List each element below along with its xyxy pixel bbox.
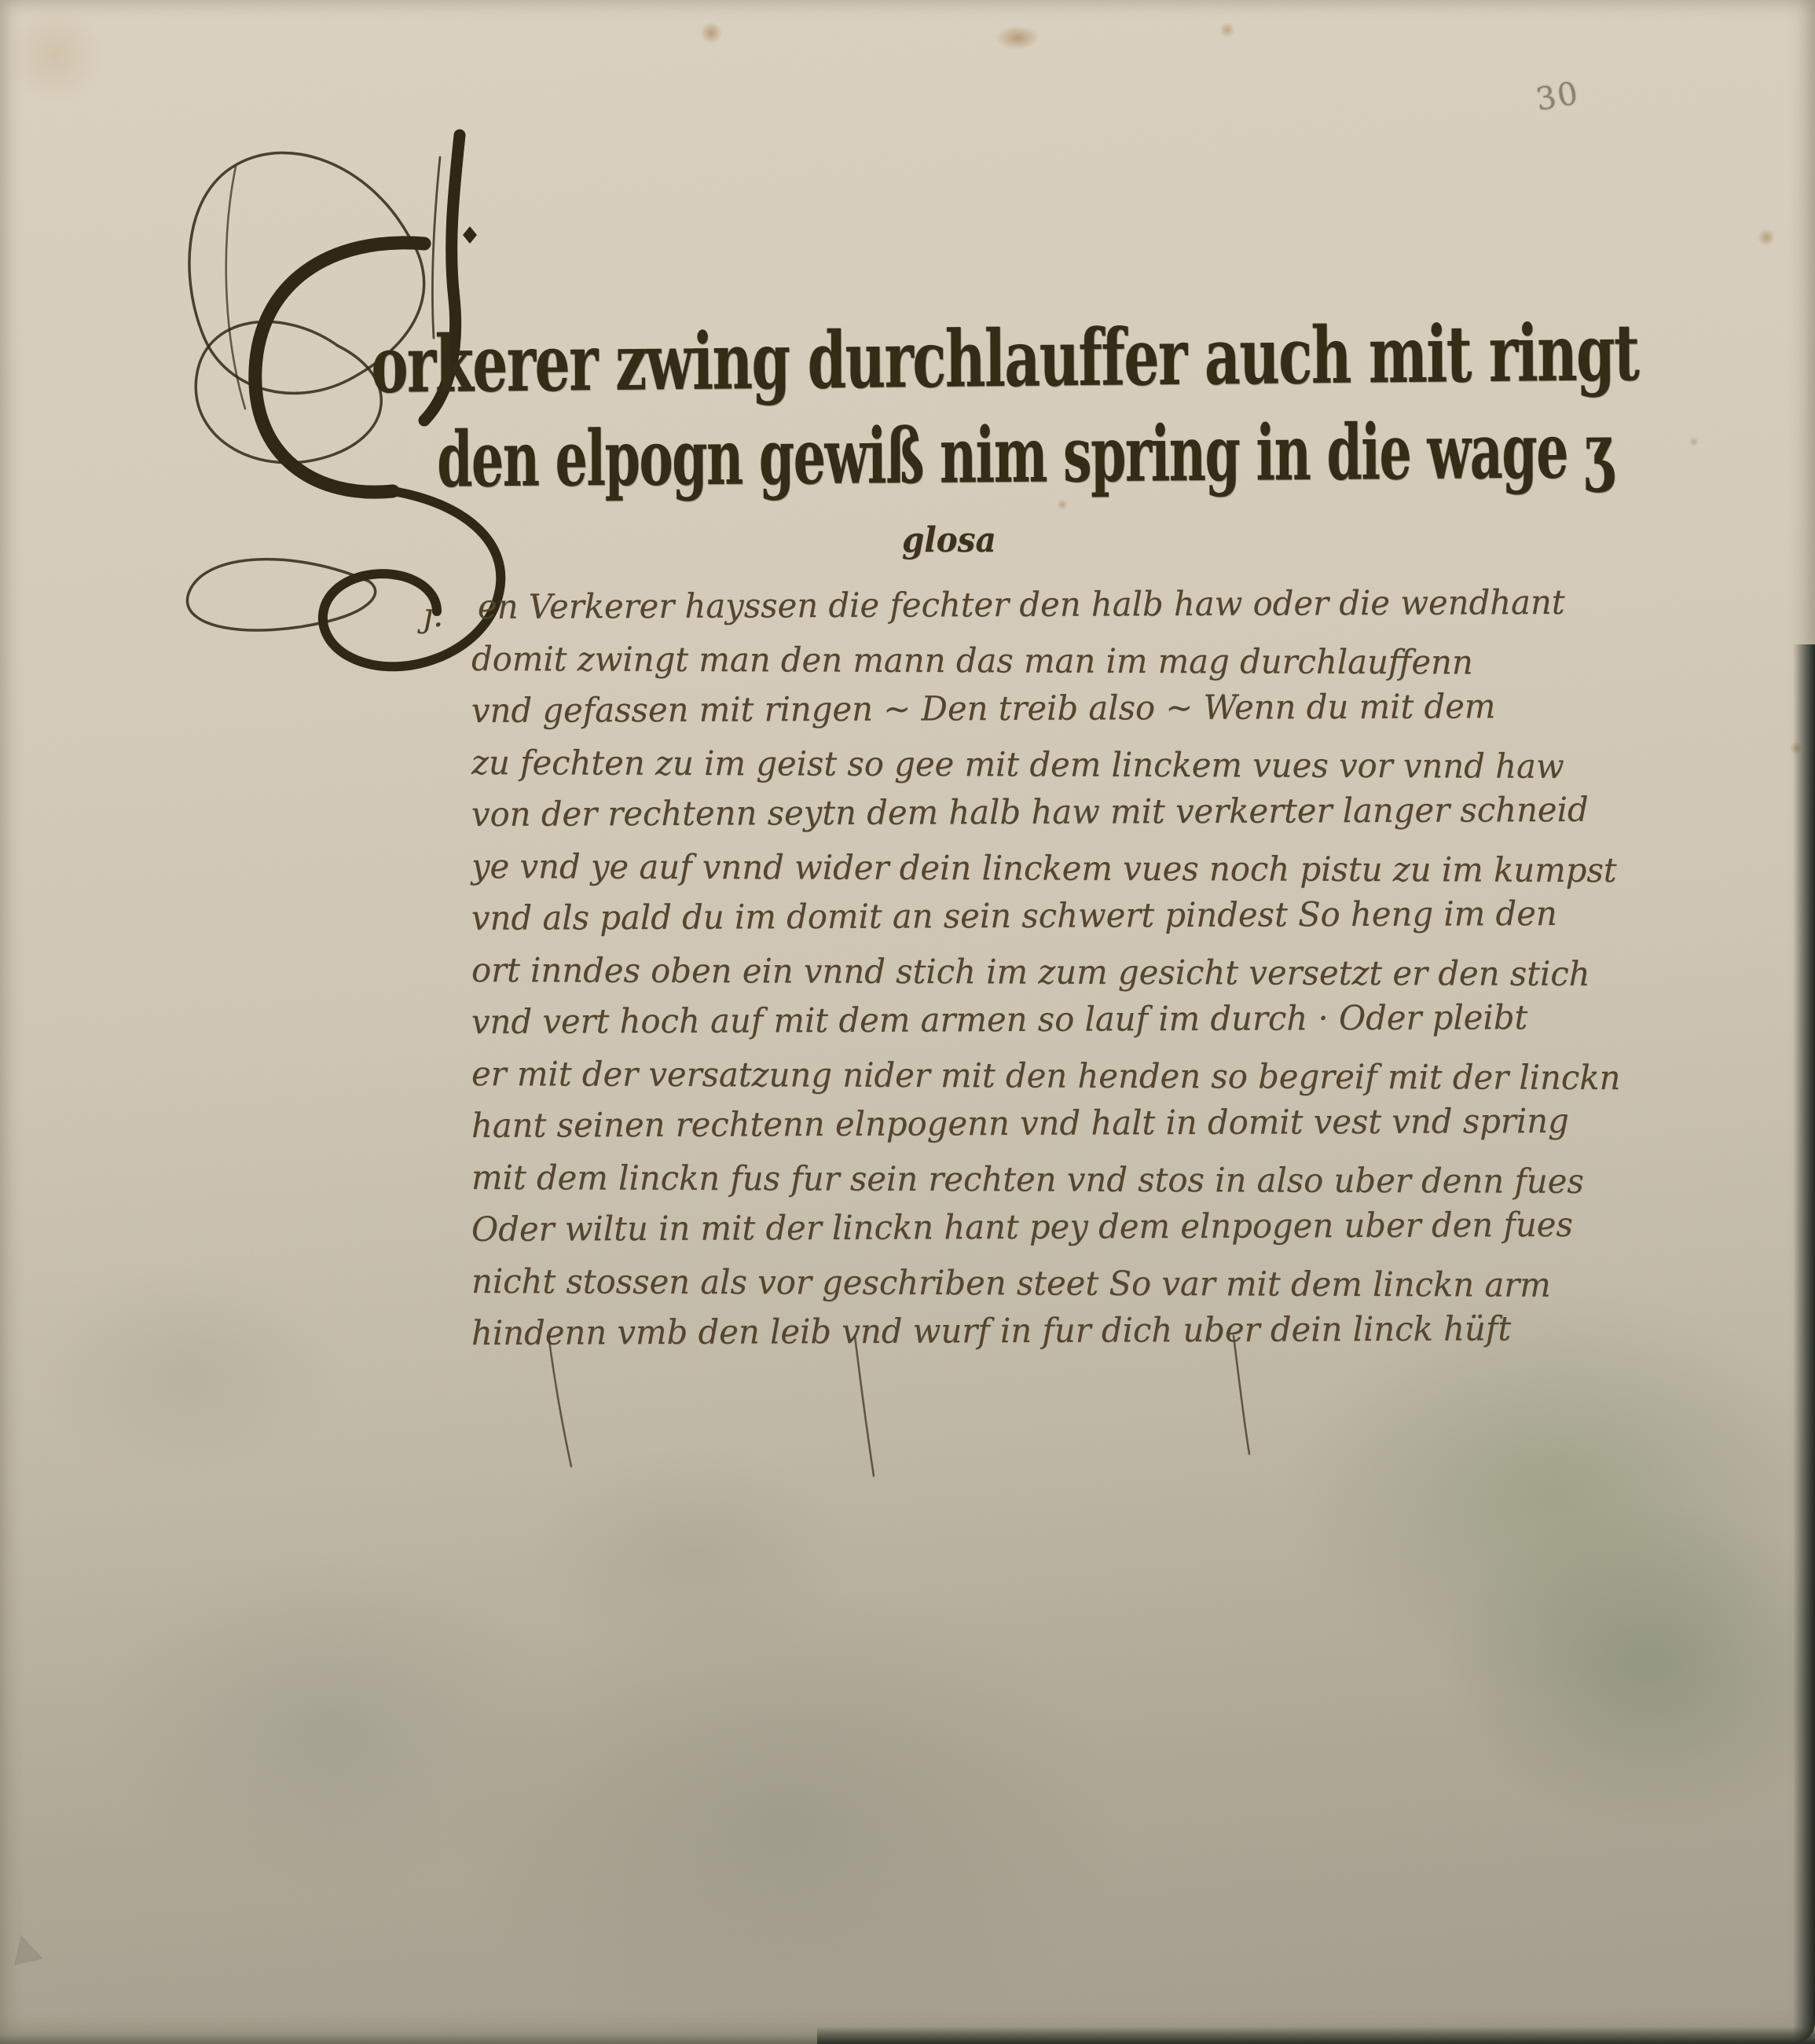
folio-number: 30 (1533, 75, 1582, 119)
gloss-line: en Verkerer hayssen die fechter den halb… (478, 577, 1539, 633)
heading-line-2: den elpogn gewiß nim spring in die wage … (437, 405, 1612, 505)
page-edge-bottom (817, 2027, 1815, 2044)
gloss-line: vnd vert hoch auf mit dem armen so lauf … (471, 992, 1538, 1048)
heading-line-1: orkerer zwing durchlauffer auch mit ring… (371, 306, 1639, 410)
gloss-line: Oder wiltu in mit der linckn hant pey de… (471, 1199, 1538, 1256)
gloss-line: hant seinen rechtenn elnpogenn vnd halt … (471, 1095, 1538, 1152)
page-edge-right (1793, 644, 1815, 2044)
page-edge-bottom-left (0, 2035, 817, 2044)
gloss-line: vnd gefassen mit ringen ~ Den treib also… (471, 681, 1538, 737)
gloss-text-block: en Verkerer hayssen die fechter den halb… (471, 582, 1571, 1360)
descender-strokes (503, 1328, 1304, 1493)
gloss-line: von der rechtenn seytn dem halb haw mit … (471, 784, 1538, 841)
fold-mark (14, 1935, 47, 1971)
rubric-glosa: glosa (902, 520, 996, 560)
manuscript-page: 30 orkerer zwing durchlauffer auch mit r… (0, 0, 1815, 2044)
gloss-line: vnd als pald du im domit an sein schwert… (471, 888, 1538, 945)
guide-letter: ȷ. (423, 596, 443, 634)
